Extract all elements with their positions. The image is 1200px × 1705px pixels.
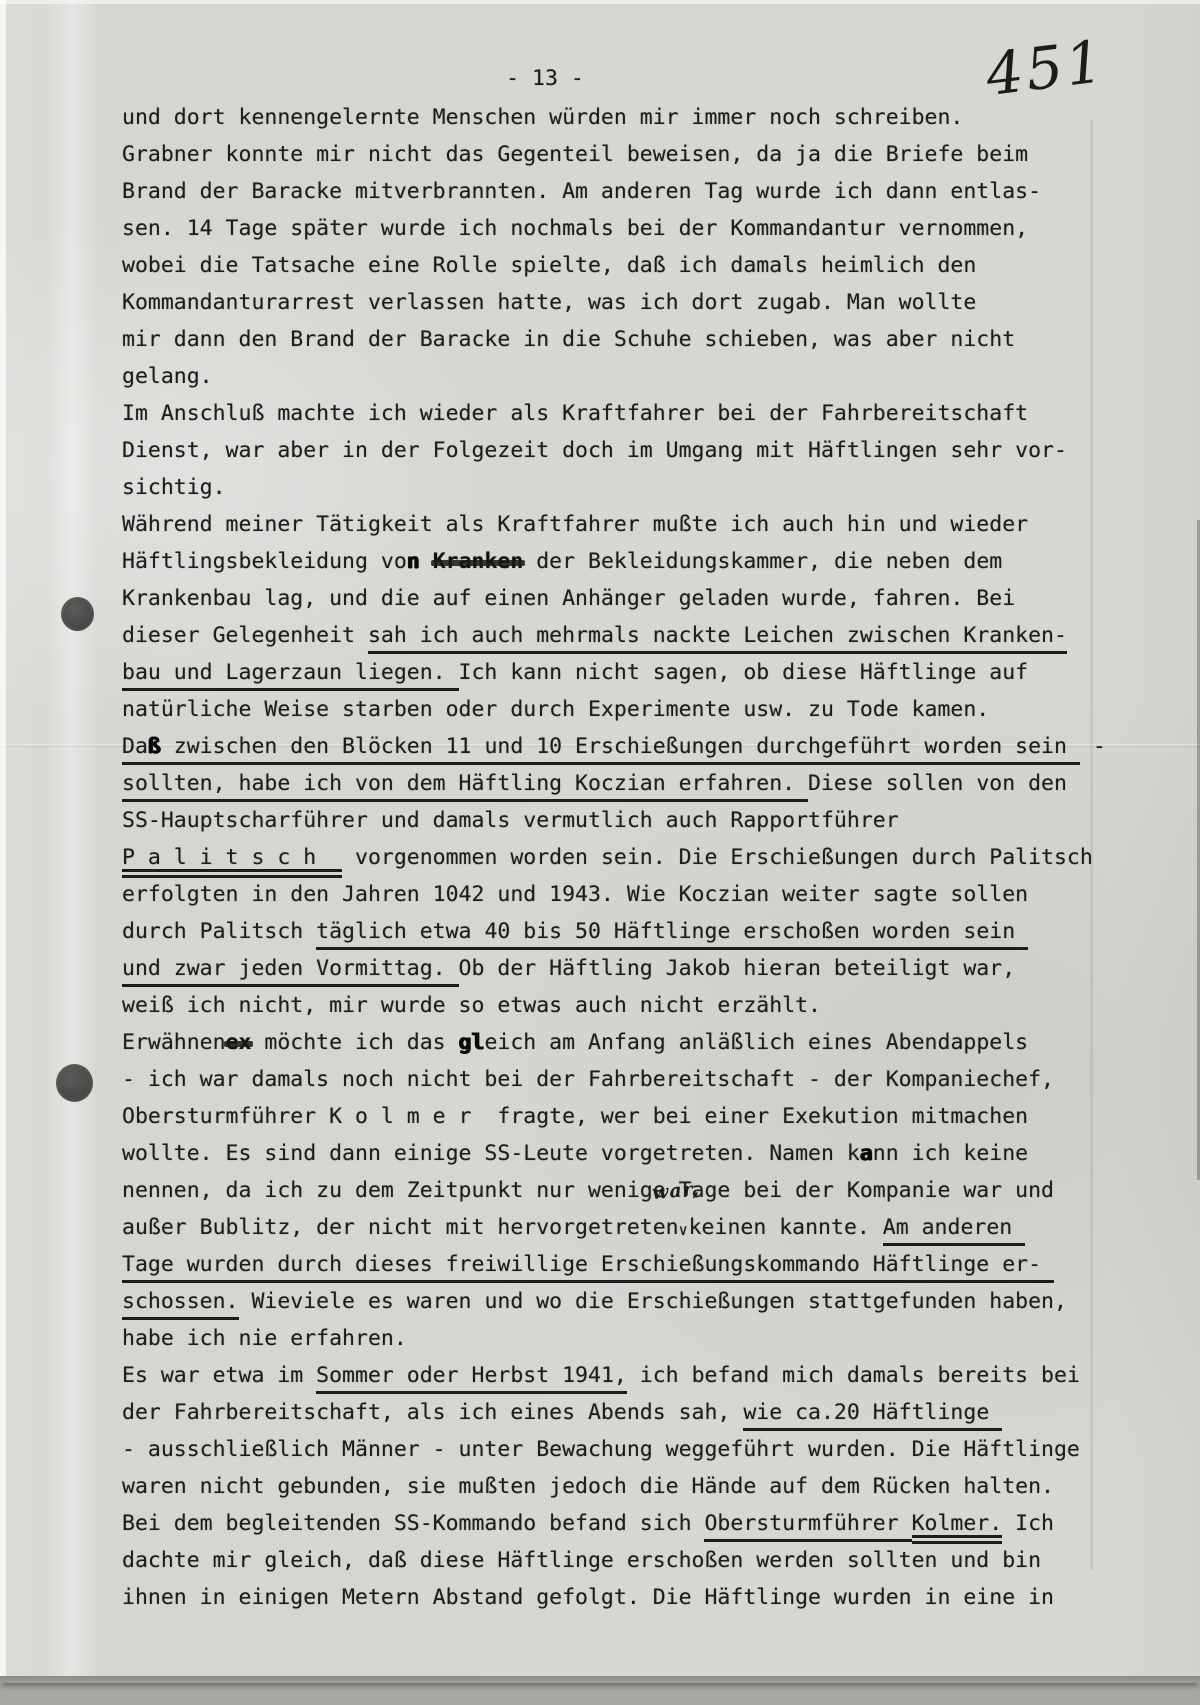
text-line: der Fahrbereitschaft, als ich eines Aben… xyxy=(122,1394,1182,1431)
text-line: waren nicht gebunden, sie mußten jedoch … xyxy=(122,1468,1182,1505)
text-line: - ausschließlich Männer - unter Bewachun… xyxy=(122,1431,1182,1468)
text-line: wollte. Es sind dann einige SS-Leute vor… xyxy=(122,1135,1182,1172)
text-segment: außer Bublitz, der nicht mit hervorgetre… xyxy=(122,1215,679,1240)
text-line: sichtig. xyxy=(122,469,1182,506)
text-line: außer Bublitz, der nicht mit hervorgetre… xyxy=(122,1209,1182,1246)
text-segment: Wieviele es waren und wo die Erschießung… xyxy=(239,1289,1067,1314)
text-line: dieser Gelegenheit sah ich auch mehrmals… xyxy=(122,617,1182,654)
text-line: Krankenbau lag, und die auf einen Anhäng… xyxy=(122,580,1182,617)
text-line: Erwähnenex möchte ich das gleich am Anfa… xyxy=(122,1024,1182,1061)
text-lines: und dort kennengelernte Menschen würden … xyxy=(122,99,1182,1616)
hole-punch-top xyxy=(61,597,94,631)
struck-out-text: Kranken xyxy=(433,549,524,574)
text-segment: - ich war damals noch nicht bei der Fahr… xyxy=(122,1067,1054,1092)
text-segment: waren nicht gebunden, sie mußten jedoch … xyxy=(122,1474,1054,1499)
text-line: erfolgten in den Jahren 1042 und 1943. W… xyxy=(122,876,1182,913)
double-underlined-text: P a l i t s c h xyxy=(122,845,342,878)
underlined-text: sollten, habe ich von dem Häftling Koczi… xyxy=(122,771,808,802)
underlined-text: Am anderen xyxy=(883,1215,1025,1246)
text-line: Im Anschluß machte ich wieder als Kraftf… xyxy=(122,395,1182,432)
text-line: Häftlingsbekleidung von Kranken der Bekl… xyxy=(122,543,1182,580)
paper-crease-vertical xyxy=(44,0,100,1681)
text-segment: Ich xyxy=(1002,1511,1054,1536)
text-segment: nennen, da ich zu dem Zeitpunkt nur weni… xyxy=(122,1178,1054,1203)
text-line: dachte mir gleich, daß diese Häftlinge e… xyxy=(122,1542,1182,1579)
text-segment: - ausschließlich Männer - unter Bewachun… xyxy=(122,1437,1080,1462)
text-segment: sichtig. xyxy=(122,475,226,500)
caret-mark: ∨ xyxy=(679,1212,689,1249)
text-segment: - xyxy=(1080,734,1106,759)
text-line: sen. 14 Tage später wurde ich nochmals b… xyxy=(122,210,1182,247)
underlined-text: Tage wurden durch dieses freiwillige Ers… xyxy=(122,1252,1054,1283)
text-segment: und dort kennengelernte Menschen würden … xyxy=(122,105,963,130)
text-segment: möchte ich das xyxy=(251,1030,458,1055)
text-segment: der Fahrbereitschaft, als ich eines Aben… xyxy=(122,1400,743,1425)
underlined-text: sah ich auch mehrmals nackte Leichen zwi… xyxy=(368,623,1067,654)
underlined-text: wie ca.20 Häftlinge xyxy=(743,1400,1002,1431)
overtyped-text: n xyxy=(407,549,420,574)
text-line: Brand der Baracke mitverbrannten. Am and… xyxy=(122,173,1182,210)
text-line: sollten, habe ich von dem Häftling Koczi… xyxy=(122,765,1182,802)
text-line: - ich war damals noch nicht bei der Fahr… xyxy=(122,1061,1182,1098)
text-segment: Während meiner Tätigkeit als Kraftfahrer… xyxy=(122,512,1028,537)
text-segment: erfolgten in den Jahren 1042 und 1943. W… xyxy=(122,882,1028,907)
text-line: und zwar jeden Vormittag. Ob der Häftlin… xyxy=(122,950,1182,987)
underlined-text: Obersturmführer xyxy=(704,1511,911,1542)
text-segment: Dienst, war aber in der Folgezeit doch i… xyxy=(122,438,1067,463)
text-segment: Bei dem begleitenden SS-Kommando befand … xyxy=(122,1511,704,1536)
scan-edge-bottom xyxy=(0,1676,1200,1683)
text-line: SS-Hauptscharführer und damals vermutlic… xyxy=(122,802,1182,839)
text-line: habe ich nie erfahren. xyxy=(122,1320,1182,1357)
text-line: weiß ich nicht, mir wurde so etwas auch … xyxy=(122,987,1182,1024)
text-line: Es war etwa im Sommer oder Herbst 1941, … xyxy=(122,1357,1182,1394)
text-segment: sen. 14 Tage später wurde ich nochmals b… xyxy=(122,216,1028,241)
text-segment: Brand der Baracke mitverbrannten. Am and… xyxy=(122,179,1041,204)
text-line: wobei die Tatsache eine Rolle spielte, d… xyxy=(122,247,1182,284)
text-segment: Diese sollen von den xyxy=(808,771,1067,796)
text-segment: keinen kannte. xyxy=(689,1215,883,1240)
text-line: gelang. xyxy=(122,358,1182,395)
underlined-text: täglich etwa 40 bis 50 Häftlinge erschoß… xyxy=(316,919,1028,950)
text-segment: habe ich nie erfahren. xyxy=(122,1326,407,1351)
text-segment: durch Palitsch xyxy=(122,919,316,944)
underlined-overtyped-text: ß xyxy=(148,734,161,765)
text-line: Während meiner Tätigkeit als Kraftfahrer… xyxy=(122,506,1182,543)
text-segment: Es war etwa im xyxy=(122,1363,316,1388)
text-line: Grabner konnte mir nicht das Gegenteil b… xyxy=(122,136,1182,173)
text-segment: dachte mir gleich, daß diese Häftlinge e… xyxy=(122,1548,1041,1573)
text-segment: wollte. Es sind dann einige SS-Leute vor… xyxy=(122,1141,860,1166)
underlined-text: schossen. xyxy=(122,1289,239,1320)
handwritten-insertion: war, xyxy=(651,1178,701,1204)
text-segment: Krankenbau lag, und die auf einen Anhäng… xyxy=(122,586,1015,611)
text-segment: gelang. xyxy=(122,364,213,389)
text-segment: Häftlingsbekleidung vo xyxy=(122,549,407,574)
text-line: ihnen in einigen Metern Abstand gefolgt.… xyxy=(122,1579,1182,1616)
text-line: Kommandanturarrest verlassen hatte, was … xyxy=(122,284,1182,321)
text-line: bau und Lagerzaun liegen. Ich kann nicht… xyxy=(122,654,1182,691)
text-line: mir dann den Brand der Baracke in die Sc… xyxy=(122,321,1182,358)
text-line: schossen. Wieviele es waren und wo die E… xyxy=(122,1283,1182,1320)
text-line: P a l i t s c h vorgenommen worden sein.… xyxy=(122,839,1182,876)
underlined-text: bau und Lagerzaun liegen. xyxy=(122,660,459,691)
text-line: Obersturmführer K o l m e r fragte, wer … xyxy=(122,1098,1182,1135)
handwritten-page-number: 451 xyxy=(982,27,1109,109)
text-segment: Obersturmführer K o l m e r fragte, wer … xyxy=(122,1104,1028,1129)
text-line: Bei dem begleitenden SS-Kommando befand … xyxy=(122,1505,1182,1542)
text-segment: Im Anschluß machte ich wieder als Kraftf… xyxy=(122,401,1028,426)
text-segment: Grabner konnte mir nicht das Gegenteil b… xyxy=(122,142,1028,167)
document-page: - 13 - 451 und dort kennengelernte Mensc… xyxy=(0,0,1200,1681)
text-segment: ihnen in einigen Metern Abstand gefolgt.… xyxy=(122,1585,1054,1610)
text-line: durch Palitsch täglich etwa 40 bis 50 Hä… xyxy=(122,913,1182,950)
text-segment: ich befand mich damals bereits bei xyxy=(627,1363,1080,1388)
text-segment: der Bekleidungskammer, die neben dem xyxy=(523,549,1002,574)
text-segment: weiß ich nicht, mir wurde so etwas auch … xyxy=(122,993,821,1018)
overtyped-text: gl xyxy=(459,1030,485,1055)
text-line: Tage wurden durch dieses freiwillige Ers… xyxy=(122,1246,1182,1283)
struck-out-text: ex xyxy=(226,1030,252,1055)
hole-punch-bottom xyxy=(56,1064,93,1102)
text-segment: Erwähnen xyxy=(122,1030,226,1055)
text-segment: Ob der Häftling Jakob hieran beteiligt w… xyxy=(459,956,1016,981)
page-number: - 13 - xyxy=(0,66,1090,91)
text-line: Daß zwischen den Blöcken 11 und 10 Ersch… xyxy=(122,728,1182,765)
text-line: natürliche Weise starben oder durch Expe… xyxy=(122,691,1182,728)
text-segment: Ich kann nicht sagen, ob diese Häftlinge… xyxy=(459,660,1029,685)
text-segment: wobei die Tatsache eine Rolle spielte, d… xyxy=(122,253,976,278)
text-segment: dieser Gelegenheit xyxy=(122,623,368,648)
double-underlined-text: Kolmer. xyxy=(912,1511,1003,1544)
underlined-text: Sommer oder Herbst 1941, xyxy=(316,1363,627,1394)
underlined-text: zwischen den Blöcken 11 und 10 Erschießu… xyxy=(161,734,1080,765)
underlined-text: Da xyxy=(122,734,148,765)
underlined-text: und zwar jeden Vormittag. xyxy=(122,956,459,987)
text-segment: nn ich keine xyxy=(873,1141,1028,1166)
text-segment: Kommandanturarrest verlassen hatte, was … xyxy=(122,290,976,315)
text-segment: eich am Anfang anläßlich eines Abendappe… xyxy=(484,1030,1028,1055)
text-line: und dort kennengelernte Menschen würden … xyxy=(122,99,1182,136)
text-segment: SS-Hauptscharführer und damals vermutlic… xyxy=(122,808,899,833)
scan-edge-top xyxy=(0,0,1200,4)
text-segment: vorgenommen worden sein. Die Erschießung… xyxy=(342,845,1093,870)
text-line: Dienst, war aber in der Folgezeit doch i… xyxy=(122,432,1182,469)
text-segment: natürliche Weise starben oder durch Expe… xyxy=(122,697,989,722)
overtyped-text: a xyxy=(860,1141,873,1166)
text-segment: mir dann den Brand der Baracke in die Sc… xyxy=(122,327,1015,352)
scan-edge-left xyxy=(0,0,6,1681)
